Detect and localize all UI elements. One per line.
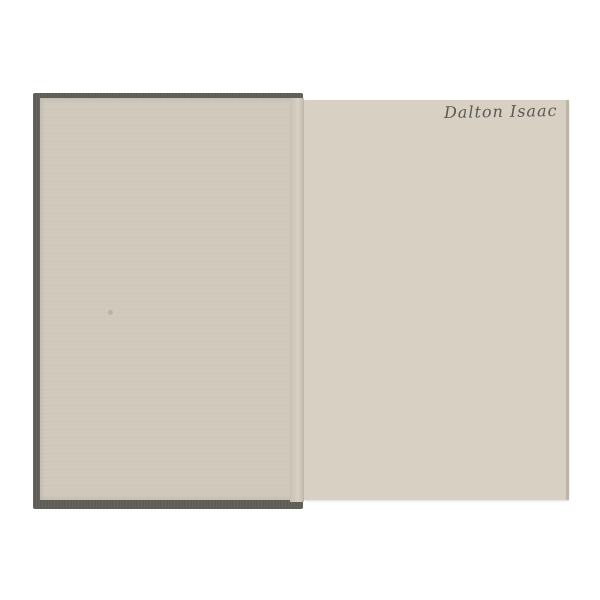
foxing-spot (108, 310, 113, 315)
page-edge (566, 100, 569, 500)
book-gutter (290, 98, 304, 502)
front-pastedown (40, 98, 298, 500)
handwritten-inscription: Dalton Isaac (444, 101, 558, 122)
first-page (304, 100, 568, 500)
